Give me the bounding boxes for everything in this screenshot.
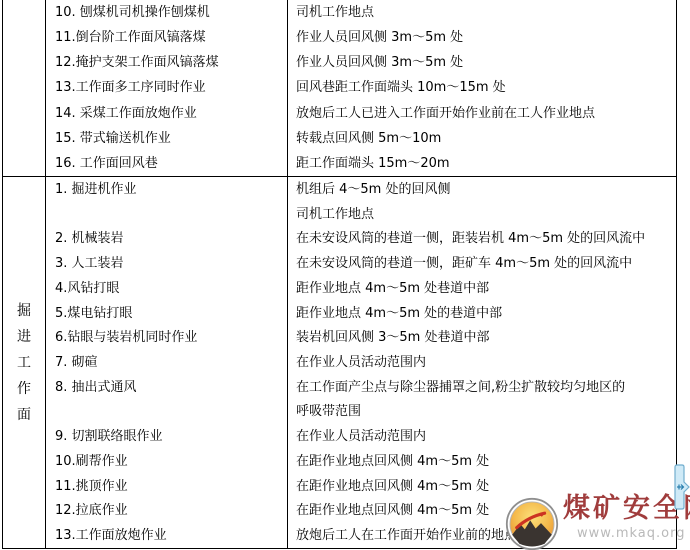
location-cell: 在作业人员活动范围内	[288, 356, 676, 369]
table-row: 3. 人工装岩在未安设风筒的巷道一侧，距矿车 4m～5m 处的回风流中	[46, 251, 676, 276]
activity-cell: 10. 刨煤机司机操作刨煤机	[46, 0, 288, 25]
table-row: 12.掩护支架工作面风镐落煤作业人员回风侧 3m～5m 处	[46, 50, 676, 75]
activity-cell: 5.煤电钻打眼	[46, 301, 288, 326]
row-group-label-heading-face: 掘进工作面	[3, 177, 46, 548]
table-row: 4.风钻打眼距作业地点 4m～5m 处巷道中部	[46, 276, 676, 301]
table-row: 13.工作面多工序同时作业回风巷距工作面端头 10m～15m 处	[46, 75, 676, 100]
activity-cell: 12.拉底作业	[46, 499, 288, 524]
location-cell: 距作业地点 4m～5m 处巷道中部	[288, 282, 676, 295]
table-row: 12.拉底作业在距作业地点回风侧 4m～5m 处	[46, 499, 676, 524]
location-cell: 放炮后工人已进入工作面开始作业前在工人作业地点	[288, 107, 676, 120]
location-cell: 司机工作地点	[288, 6, 676, 19]
table-section-heading-face: 掘进工作面 1. 掘进机作业机组后 4～5m 处的回风侧司机工作地点2. 机械装…	[3, 176, 676, 548]
section-rows: 10. 刨煤机司机操作刨煤机司机工作地点11.倒台阶工作面风镐落煤作业人员回风侧…	[46, 0, 676, 176]
row-group-label-char: 作	[17, 376, 31, 402]
activity-cell: 7. 砌碹	[46, 350, 288, 375]
location-cell: 放炮后工人在工作面开始作业前的地点	[288, 529, 676, 542]
row-group-label-char: 工	[17, 350, 31, 376]
table-row: 5.煤电钻打眼距作业地点 4m～5m 处的巷道中部	[46, 301, 676, 326]
location-cell: 在未安设风筒的巷道一侧，距装岩机 4m～5m 处的回风流中	[288, 232, 676, 245]
location-cell: 呼吸带范围	[288, 405, 676, 418]
activity-cell	[46, 400, 288, 425]
activity-cell: 12.掩护支架工作面风镐落煤	[46, 50, 288, 75]
row-group-label-char: 进	[17, 324, 31, 350]
activity-cell: 9. 切割联络眼作业	[46, 424, 288, 449]
location-cell: 在作业人员活动范围内	[288, 430, 676, 443]
table-row: 11.倒台阶工作面风镐落煤作业人员回风侧 3m～5m 处	[46, 25, 676, 50]
section-rows: 1. 掘进机作业机组后 4～5m 处的回风侧司机工作地点2. 机械装岩在未安设风…	[46, 177, 676, 548]
activity-cell	[46, 202, 288, 227]
row-group-label	[3, 0, 46, 176]
table-row: 10. 刨煤机司机操作刨煤机司机工作地点	[46, 0, 676, 25]
table-row: 14. 采煤工作面放炮作业放炮后工人已进入工作面开始作业前在工人作业地点	[46, 101, 676, 126]
location-cell: 作业人员回风侧 3m～5m 处	[288, 56, 676, 69]
table-row: 8. 抽出式通风在工作面产尘点与除尘器捕罩之间,粉尘扩散较均匀地区的	[46, 375, 676, 400]
table-row: 13.工作面放炮作业放炮后工人在工作面开始作业前的地点	[46, 523, 676, 548]
table-row: 司机工作地点	[46, 202, 676, 227]
table-row: 2. 机械装岩在未安设风筒的巷道一侧，距装岩机 4m～5m 处的回风流中	[46, 226, 676, 251]
document-page: 10. 刨煤机司机操作刨煤机司机工作地点11.倒台阶工作面风镐落煤作业人员回风侧…	[0, 0, 690, 550]
activity-cell: 2. 机械装岩	[46, 226, 288, 251]
activity-cell: 13.工作面放炮作业	[46, 523, 288, 548]
activity-cell: 6.钻眼与装岩机同时作业	[46, 325, 288, 350]
table-row: 10.刷帮作业在距作业地点回风侧 4m～5m 处	[46, 449, 676, 474]
table-row: 6.钻眼与装岩机同时作业装岩机回风侧 3～5m 处巷道中部	[46, 325, 676, 350]
table-row: 15. 带式输送机作业转载点回风侧 5m～10m	[46, 126, 676, 151]
dust-measurement-point-table: 10. 刨煤机司机操作刨煤机司机工作地点11.倒台阶工作面风镐落煤作业人员回风侧…	[2, 0, 677, 549]
activity-cell: 14. 采煤工作面放炮作业	[46, 101, 288, 126]
activity-cell: 8. 抽出式通风	[46, 375, 288, 400]
activity-cell: 15. 带式输送机作业	[46, 126, 288, 151]
table-section-coal-face: 10. 刨煤机司机操作刨煤机司机工作地点11.倒台阶工作面风镐落煤作业人员回风侧…	[3, 0, 676, 176]
location-cell: 回风巷距工作面端头 10m～15m 处	[288, 81, 676, 94]
activity-cell: 11.倒台阶工作面风镐落煤	[46, 25, 288, 50]
location-cell: 在距作业地点回风侧 4m～5m 处	[288, 455, 676, 468]
activity-cell: 13.工作面多工序同时作业	[46, 75, 288, 100]
activity-cell: 4.风钻打眼	[46, 276, 288, 301]
location-cell: 机组后 4～5m 处的回风侧	[288, 183, 676, 196]
location-cell: 在未安设风筒的巷道一侧，距矿车 4m～5m 处的回风流中	[288, 257, 676, 270]
location-cell: 在距作业地点回风侧 4m～5m 处	[288, 504, 676, 517]
activity-cell: 10.刷帮作业	[46, 449, 288, 474]
activity-cell: 11.挑顶作业	[46, 474, 288, 499]
location-cell: 在距作业地点回风侧 4m～5m 处	[288, 480, 676, 493]
table-row: 16. 工作面回风巷距工作面端头 15m～20m	[46, 151, 676, 176]
activity-cell: 16. 工作面回风巷	[46, 151, 288, 176]
activity-cell: 3. 人工装岩	[46, 251, 288, 276]
location-cell: 作业人员回风侧 3m～5m 处	[288, 31, 676, 44]
table-row: 7. 砌碹在作业人员活动范围内	[46, 350, 676, 375]
table-row: 9. 切割联络眼作业在作业人员活动范围内	[46, 424, 676, 449]
expand-right-arrow-icon[interactable]	[672, 464, 690, 510]
table-row: 呼吸带范围	[46, 400, 676, 425]
table-row: 11.挑顶作业在距作业地点回风侧 4m～5m 处	[46, 474, 676, 499]
activity-cell: 1. 掘进机作业	[46, 177, 288, 202]
location-cell: 距作业地点 4m～5m 处的巷道中部	[288, 307, 676, 320]
location-cell: 司机工作地点	[288, 208, 676, 221]
row-group-label-char: 面	[17, 402, 31, 428]
location-cell: 在工作面产尘点与除尘器捕罩之间,粉尘扩散较均匀地区的	[288, 381, 676, 394]
location-cell: 转载点回风侧 5m～10m	[288, 132, 676, 145]
location-cell: 装岩机回风侧 3～5m 处巷道中部	[288, 331, 676, 344]
table-row: 1. 掘进机作业机组后 4～5m 处的回风侧	[46, 177, 676, 202]
location-cell: 距工作面端头 15m～20m	[288, 157, 676, 170]
row-group-label-char: 掘	[17, 298, 31, 324]
